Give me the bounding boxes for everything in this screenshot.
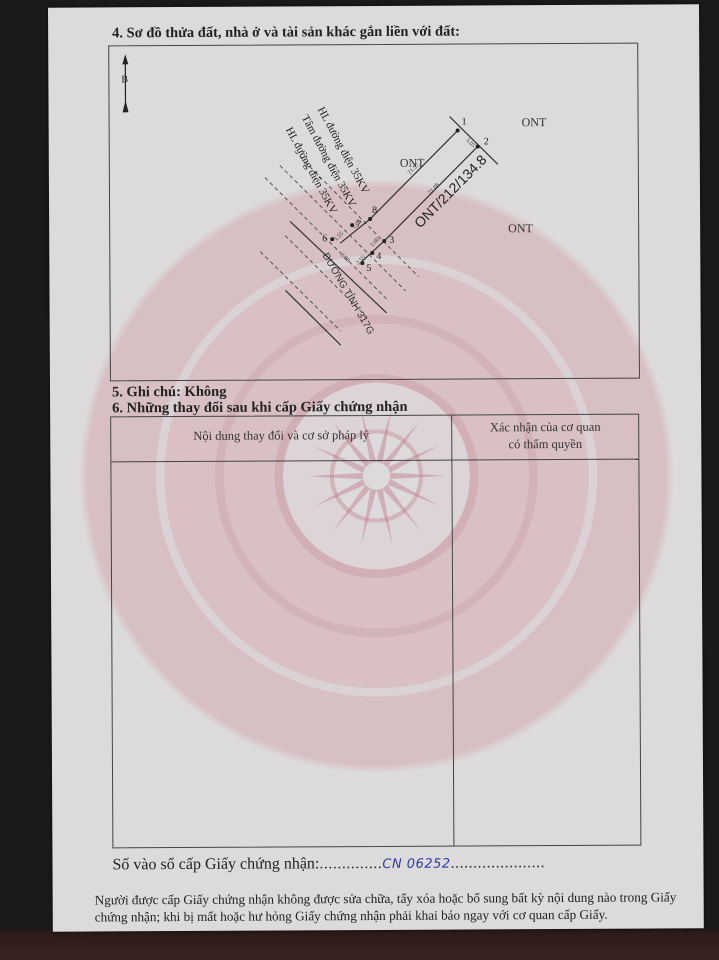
column-header-line-2: có thẩm quyền xyxy=(452,436,638,454)
dimension-label: 3.88 xyxy=(339,252,351,264)
registration-number: CN 06252 xyxy=(382,857,450,872)
registration-dots-after: ..................... xyxy=(451,854,546,871)
section-4-title: 4. Sơ đồ thửa đất, nhà ở và tài sản khác… xyxy=(112,24,460,43)
land-certificate-page: 4. Sơ đồ thửa đất, nhà ở và tài sản khác… xyxy=(48,4,704,931)
point-label: 4 xyxy=(376,251,381,262)
column-header-line-1: Xác nhận của cơ quan xyxy=(452,419,638,437)
dimension-label: 5.05 xyxy=(464,138,476,150)
desk-background xyxy=(0,930,719,960)
section-5-title: 5. Ghi chú: Không xyxy=(112,384,227,402)
point-label: 5 xyxy=(366,263,371,274)
parcel-sketch: B xyxy=(108,43,640,382)
parcel-drawing: 12345678 ONTONTONT ONT/212/134.8 ĐƯỜNG T… xyxy=(109,44,639,381)
changes-table: Nội dung thay đổi và cơ sở pháp lý Xác n… xyxy=(110,414,641,849)
registration-number-line: Số vào sổ cấp Giấy chứng nhận:..........… xyxy=(112,854,545,874)
point-label: 8 xyxy=(372,205,377,216)
registration-dots-before: .............. xyxy=(319,855,382,872)
point-label: 1 xyxy=(462,117,467,128)
column-header-content: Nội dung thay đổi và cơ sở pháp lý xyxy=(111,428,451,445)
notice-text: Người được cấp Giấy chứng nhận không đượ… xyxy=(95,888,695,925)
registration-label: Số vào sổ cấp Giấy chứng nhận: xyxy=(112,855,319,873)
column-divider xyxy=(451,416,454,846)
dimension-label: 1.05 xyxy=(351,219,363,231)
point-label: 2 xyxy=(484,136,489,147)
neighbor-label: ONT xyxy=(522,115,547,129)
neighbor-label: ONT xyxy=(508,221,533,235)
point-label: 3 xyxy=(389,235,394,246)
dimension-label: 1.00 xyxy=(369,237,381,249)
column-header-confirmation: Xác nhận của cơ quan có thẩm quyền xyxy=(452,419,638,454)
point-label: 6 xyxy=(322,233,327,244)
